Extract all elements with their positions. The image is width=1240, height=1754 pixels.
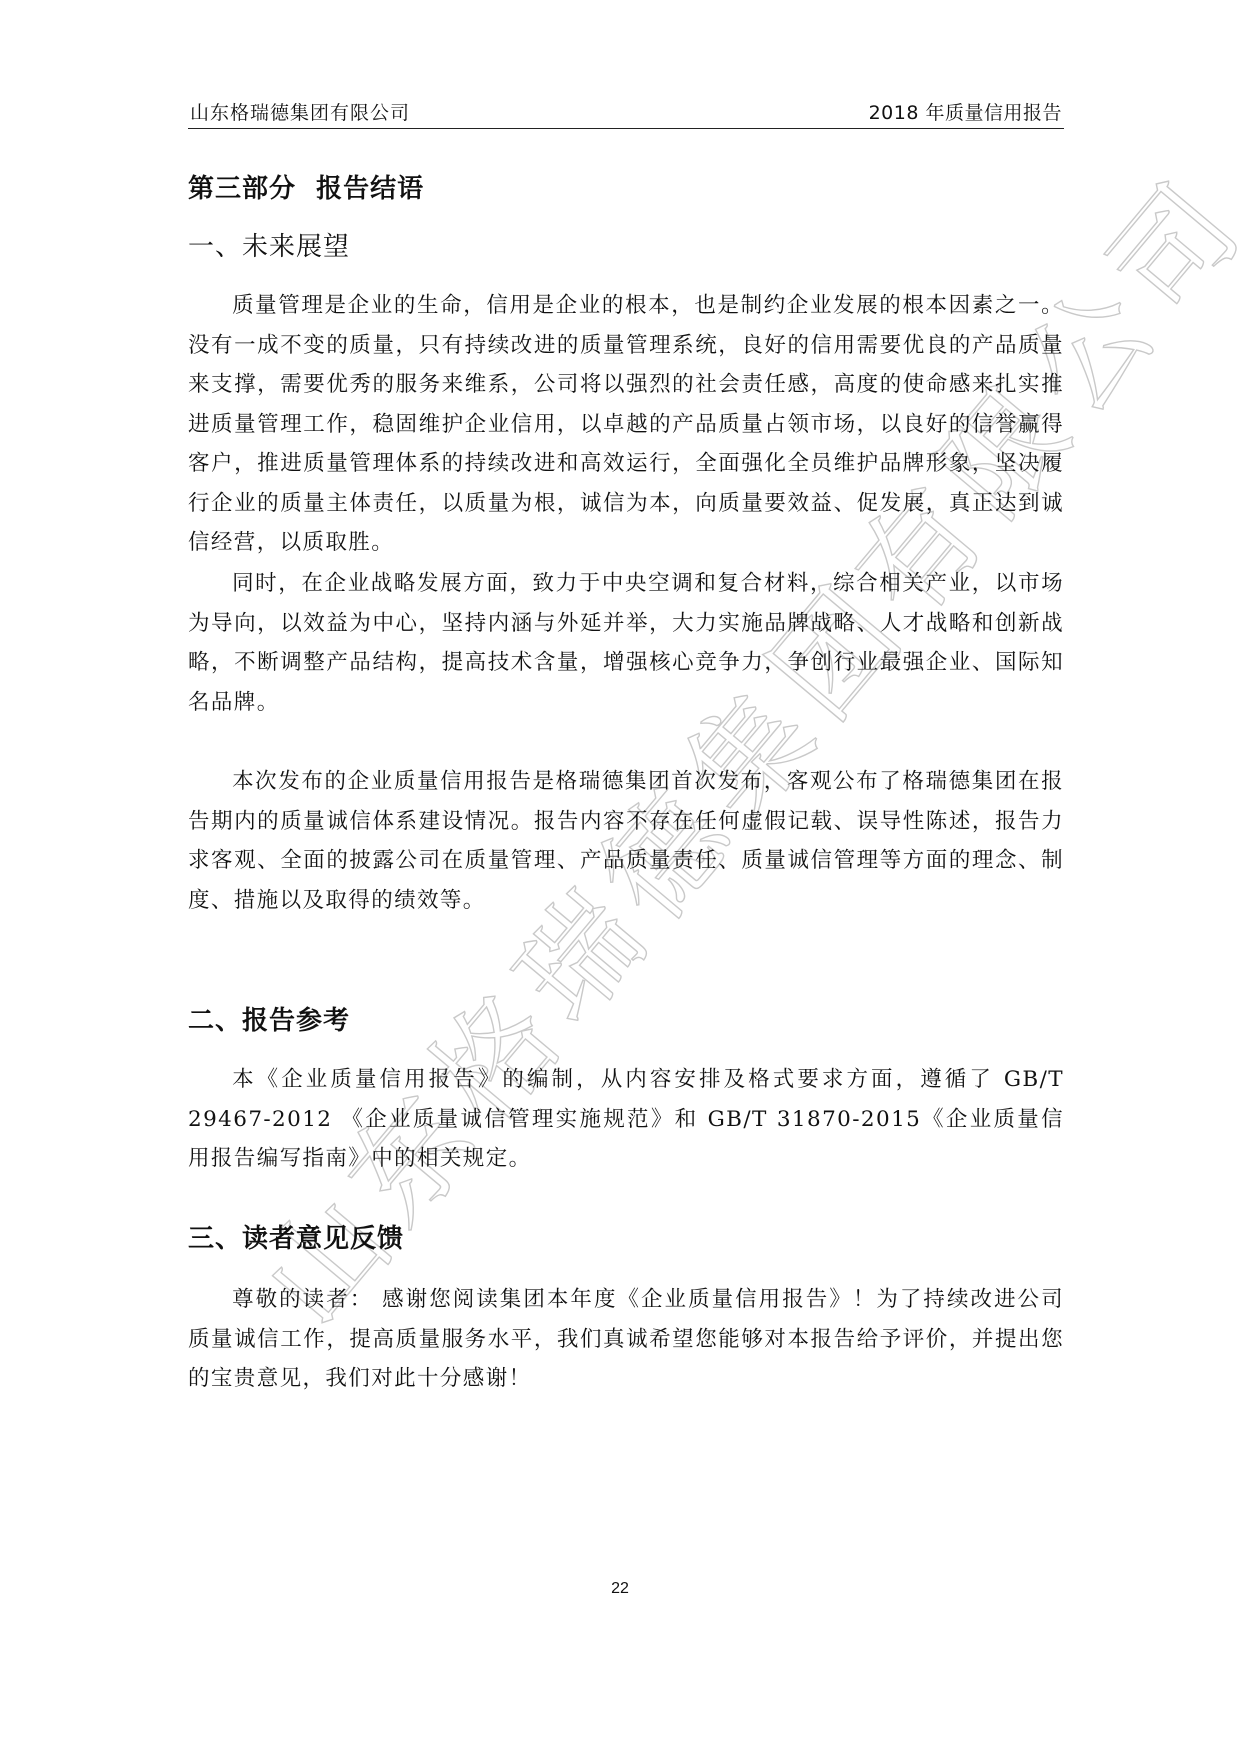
paragraph: 本《企业质量信用报告》的编制，从内容安排及格式要求方面，遵循了 GB/T 294… <box>188 1060 1064 1179</box>
section-heading-reference: 二、报告参考 <box>188 1000 350 1037</box>
document-page: 山东格瑞德集团有限公司 山东格瑞德集团有限公司 2018 年质量信用报告 第三部… <box>0 0 1240 1754</box>
page-header: 山东格瑞德集团有限公司 2018 年质量信用报告 <box>188 94 1064 128</box>
paragraph: 本次发布的企业质量信用报告是格瑞德集团首次发布，客观公布了格瑞德集团在报告期内的… <box>188 762 1064 920</box>
header-company: 山东格瑞德集团有限公司 <box>190 98 410 125</box>
part-title: 第三部分 报告结语 <box>188 168 424 205</box>
section-heading-feedback: 三、读者意见反馈 <box>188 1218 404 1255</box>
section-heading-outlook: 一、未来展望 <box>188 226 350 263</box>
header-report-title: 2018 年质量信用报告 <box>869 98 1062 125</box>
header-divider <box>188 128 1064 129</box>
page-number: 22 <box>0 1580 1240 1598</box>
paragraph: 质量管理是企业的生命，信用是企业的根本，也是制约企业发展的根本因素之一。没有一成… <box>188 286 1064 563</box>
paragraph: 同时，在企业战略发展方面，致力于中央空调和复合材料，综合相关产业，以市场为导向，… <box>188 564 1064 722</box>
paragraph: 尊敬的读者： 感谢您阅读集团本年度《企业质量信用报告》！为了持续改进公司质量诚信… <box>188 1280 1064 1399</box>
